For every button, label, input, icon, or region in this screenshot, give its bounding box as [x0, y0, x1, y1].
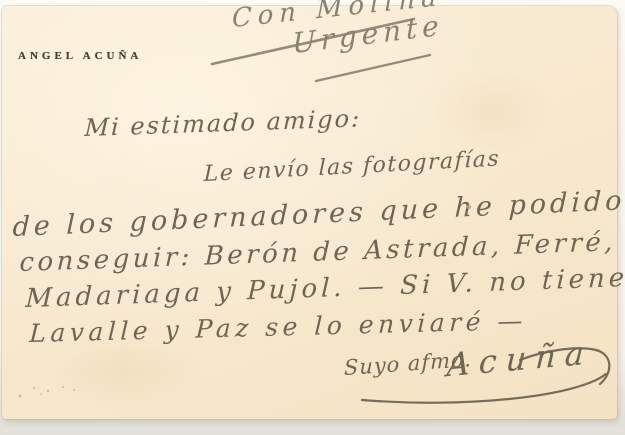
letterhead-name: ANGEL ACUÑA: [18, 50, 142, 62]
paper-stain: [432, 66, 552, 156]
note-photo: ANGEL ACUÑA Con Molina Urgente Mi estima…: [0, 0, 625, 435]
